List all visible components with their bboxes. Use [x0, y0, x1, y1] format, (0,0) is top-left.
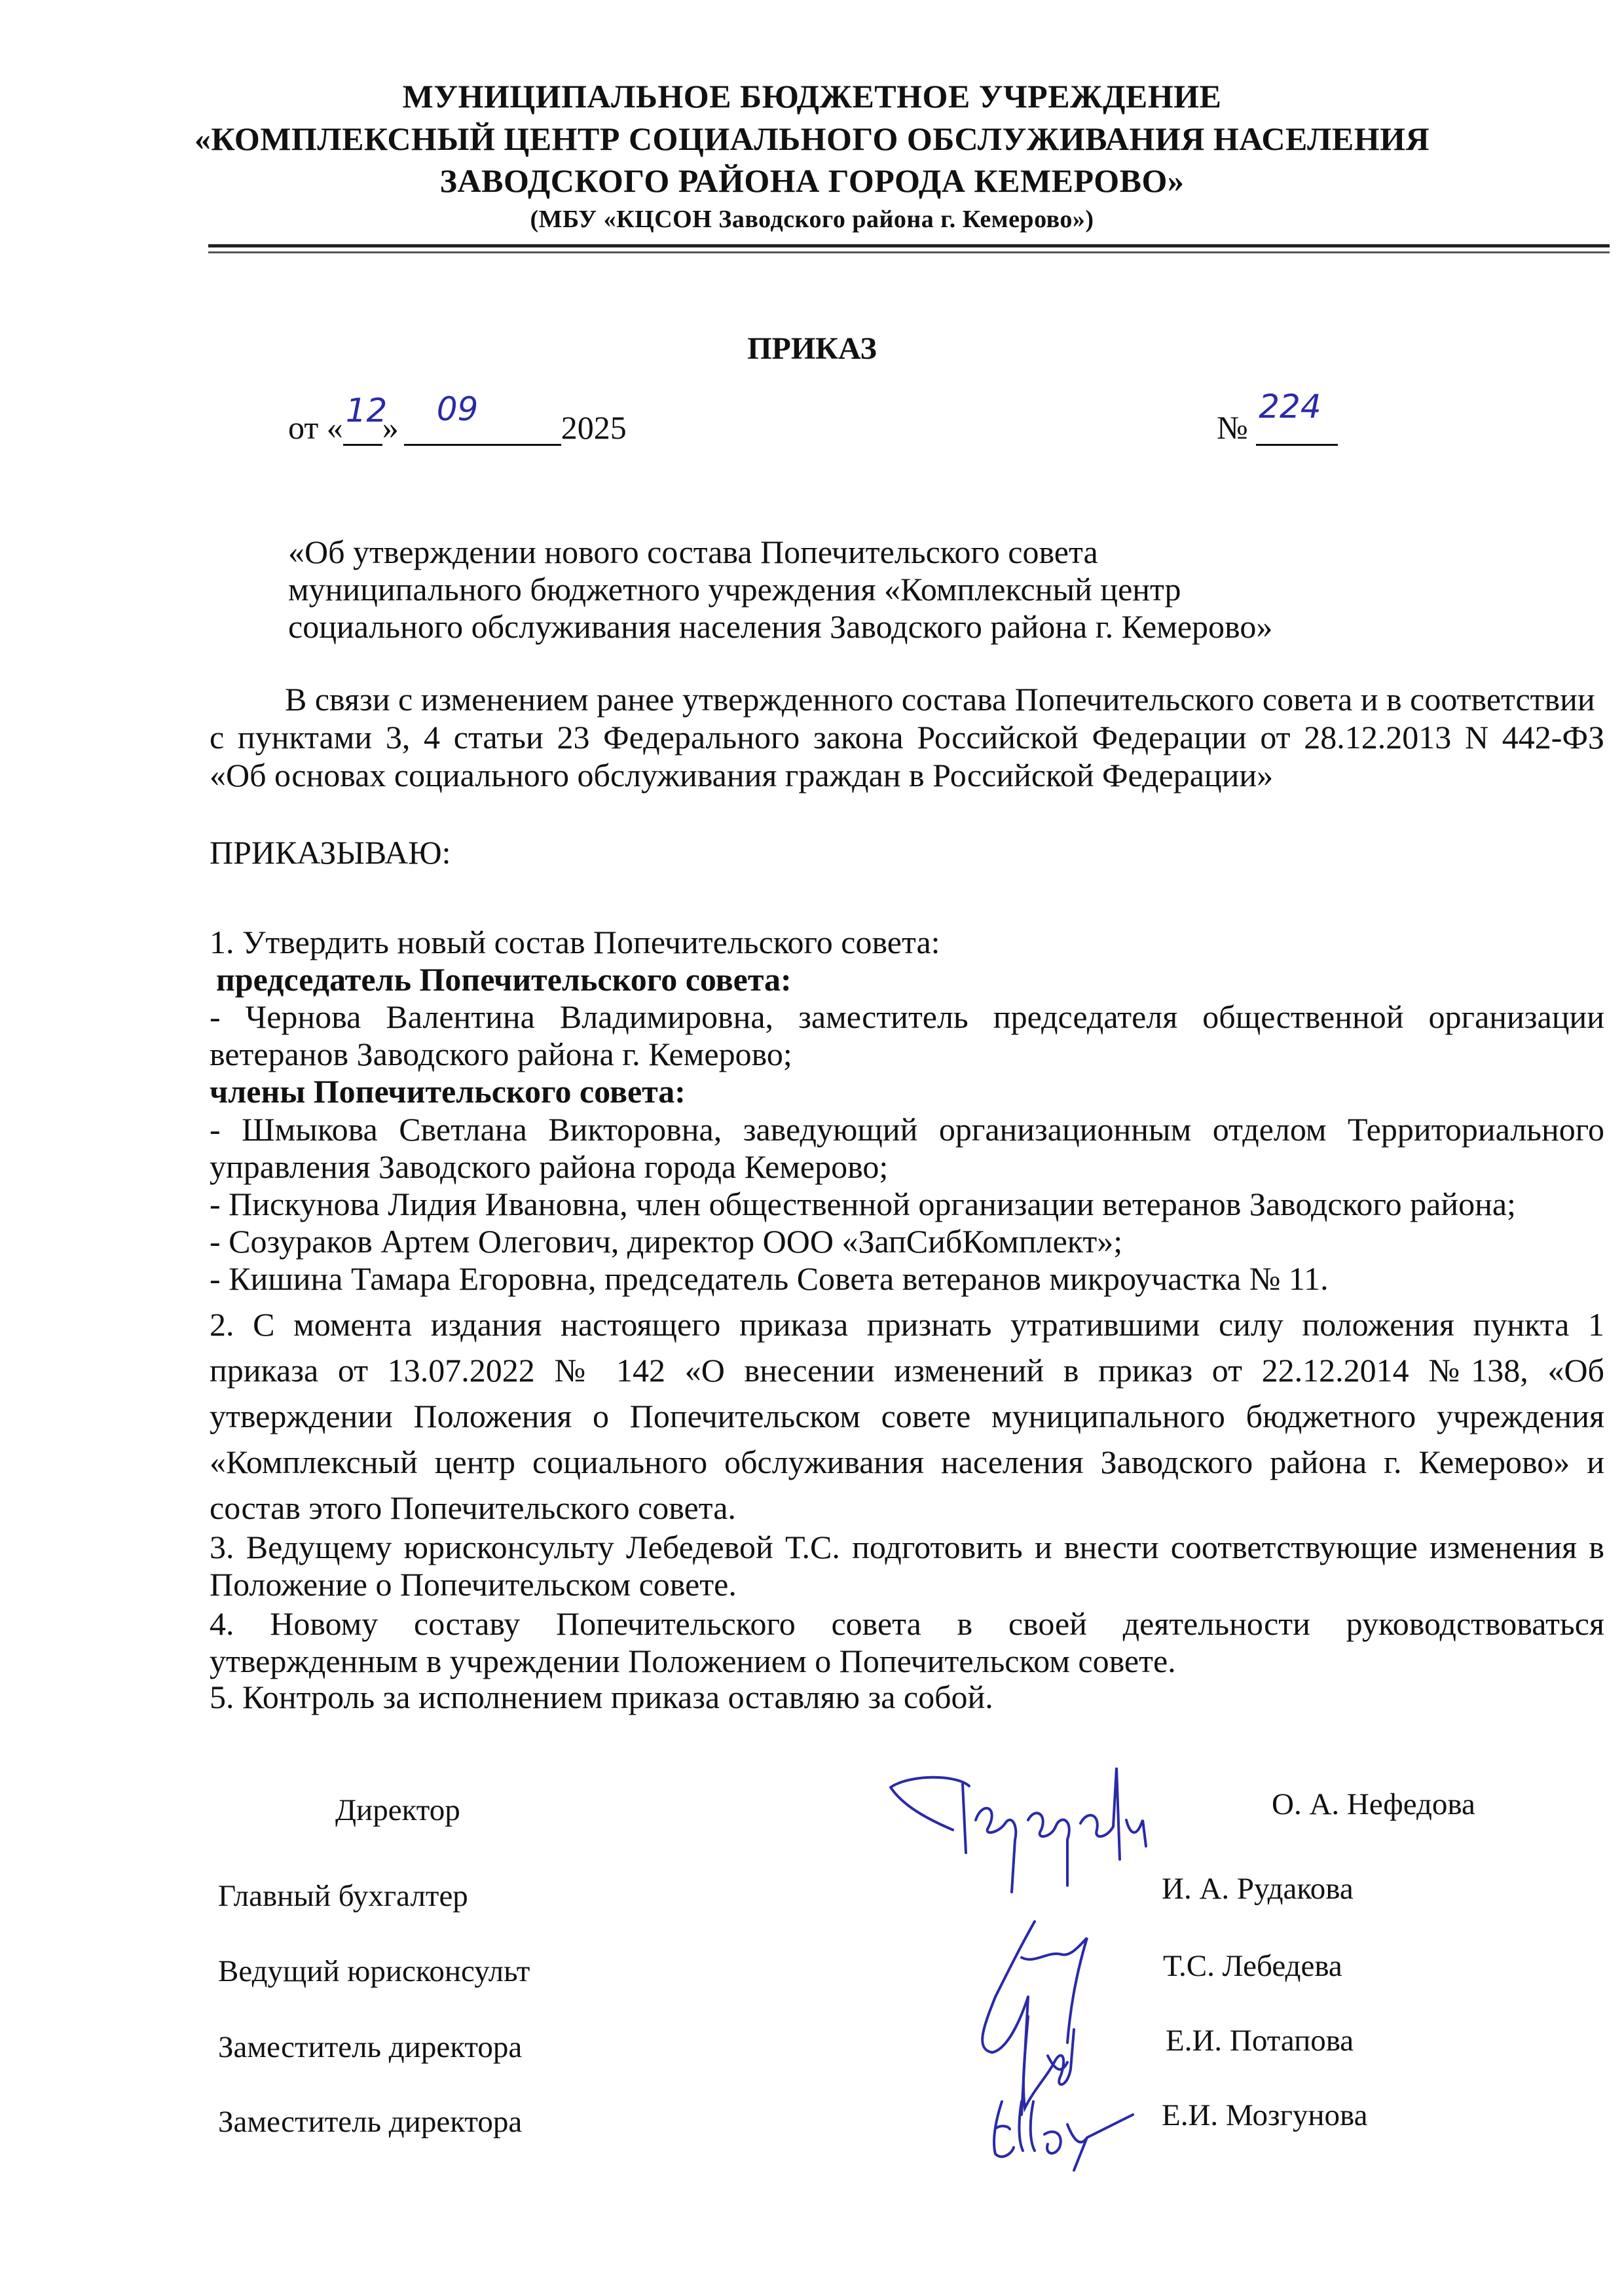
signature-name-deputy-director-1: Е.И. Потапова: [1166, 2026, 1354, 2056]
document-title: ПРИКАЗ: [0, 331, 1624, 367]
item-4-line-1: 4. Новому составу Попечительского совета…: [210, 1607, 1604, 1640]
org-name-line-3: ЗАВОДСКОГО РАЙОНА ГОРОДА КЕМЕРОВО»: [0, 162, 1624, 200]
signature-name-director: О. А. Нефедова: [1272, 1789, 1475, 1820]
item-2-line-3: утверждении Положения о Попечительском с…: [210, 1400, 1604, 1432]
document-date: от «12 »09 2025: [288, 411, 627, 446]
preamble-line-2: с пунктами 3, 4 статьи 23 Федерального з…: [210, 721, 1604, 754]
number-field: 224: [1256, 411, 1338, 446]
item-3-line-1: 3. Ведущему юрисконсульту Лебедевой Т.С.…: [210, 1531, 1604, 1563]
member-1-line-1: - Шмыкова Светлана Викторовна, заведующи…: [210, 1113, 1604, 1146]
number-handwritten: 224: [1259, 390, 1321, 423]
signature-role-deputy-director-1: Заместитель директора: [218, 2032, 522, 2063]
item-2-line-4: «Комплексный центр социального обслужива…: [210, 1446, 1604, 1478]
subject-line-1: «Об утверждении нового состава Попечител…: [288, 536, 1098, 568]
deputy-2-signature-icon: [982, 2088, 1153, 2174]
chair-line-2: ветеранов Заводского района г. Кемерово;: [210, 1038, 792, 1070]
document-number: № 224: [1217, 411, 1338, 446]
header-divider-thick: [208, 244, 1610, 247]
director-signature-icon: [884, 1761, 1251, 1892]
chair-heading: председатель Попечительского совета:: [216, 963, 792, 996]
item-2-line-1: 2. С момента издания настоящего приказа …: [210, 1308, 1604, 1341]
item-2-line-2: приказа от 13.07.2022 № 142 «О внесении …: [210, 1354, 1604, 1387]
date-month-field: 09: [404, 411, 561, 446]
signature-role-lead-legal: Ведущий юрисконсульт: [218, 1956, 530, 1987]
signature-name-lead-legal: Т.С. Лебедева: [1163, 1951, 1342, 1982]
item-2-line-5: состав этого Попечительского совета.: [210, 1491, 736, 1524]
member-1-line-2: управления Заводского района города Кеме…: [210, 1150, 888, 1183]
header-divider-thin: [208, 251, 1610, 253]
member-2: - Пискунова Лидия Ивановна, член обществ…: [210, 1188, 1516, 1220]
date-prefix: от «: [288, 409, 343, 446]
item-3-line-2: Положение о Попечительском совете.: [210, 1568, 737, 1601]
number-label: №: [1217, 409, 1248, 446]
item-5: 5. Контроль за исполнением приказа остав…: [210, 1681, 993, 1713]
org-name-line-1: МУНИЦИПАЛЬНОЕ БЮДЖЕТНОЕ УЧРЕЖДЕНИЕ: [0, 77, 1624, 115]
date-year: 2025: [561, 409, 627, 446]
preamble-line-3: «Об основах социального обслуживания гра…: [210, 759, 1273, 792]
members-heading: члены Попечительского совета:: [210, 1075, 686, 1108]
subject-line-2: муниципального бюджетного учреждения «Ко…: [288, 573, 1181, 606]
signature-role-deputy-director-2: Заместитель директора: [218, 2107, 522, 2138]
preamble-line-1: В связи с изменением ранее утвержденного…: [285, 683, 1595, 716]
date-day-field: 12: [343, 411, 382, 446]
org-short-name: (МБУ «КЦСОН Заводского района г. Кемеров…: [0, 205, 1624, 234]
org-name-line-2: «КОМПЛЕКСНЫЙ ЦЕНТР СОЦИАЛЬНОГО ОБСЛУЖИВА…: [0, 120, 1624, 158]
member-4: - Кишина Тамара Егоровна, председатель С…: [210, 1262, 1329, 1295]
signature-role-director: Директор: [335, 1795, 460, 1826]
signature-role-chief-accountant: Главный бухгалтер: [218, 1881, 468, 1912]
item-4-line-2: утвержденным в учреждении Положением о П…: [210, 1645, 1176, 1677]
signature-name-deputy-director-2: Е.И. Мозгунова: [1162, 2100, 1367, 2131]
order-word: ПРИКАЗЫВАЮ:: [210, 836, 451, 869]
item-1-text: 1. Утвердить новый состав Попечительског…: [210, 926, 940, 958]
chair-line-1: - Чернова Валентина Владимировна, замест…: [210, 1000, 1604, 1033]
subject-line-3: социального обслуживания населения Завод…: [288, 610, 1272, 643]
member-3: - Созураков Артем Олегович, директор ООО…: [210, 1225, 1122, 1258]
date-day-handwritten: 12: [346, 394, 388, 427]
date-month-handwritten: 09: [437, 393, 479, 426]
